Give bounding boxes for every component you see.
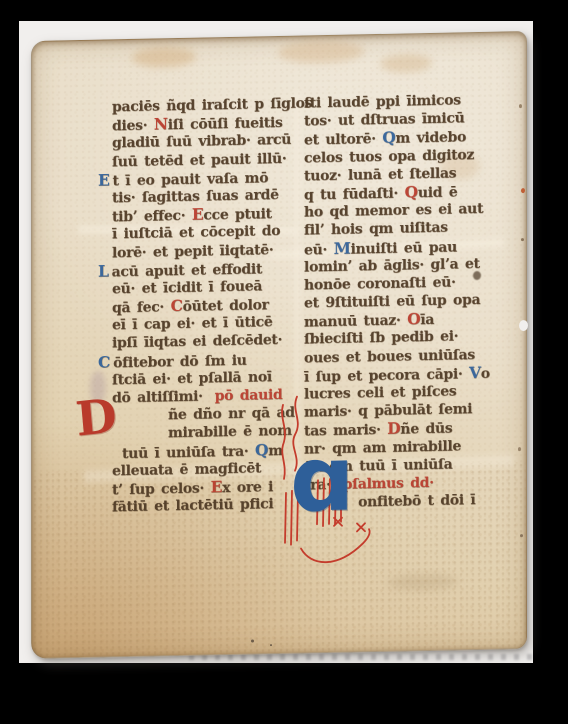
edge-speck (521, 238, 524, 241)
text-segment: q tu fūdaſti· (304, 185, 405, 203)
text-segment: eū· et īcidit ī foueā (112, 278, 262, 297)
initial-letter: Q (405, 182, 418, 201)
text-line: tuū ī uniūſa tra· Qm (112, 440, 308, 462)
text-segment: ñe dño nr qā ad (168, 405, 295, 424)
text-segment: dies· (112, 118, 154, 135)
text-segment: m (268, 442, 283, 458)
text-segment: maris· q pābulāt ſemi (304, 401, 472, 420)
text-segment: eū· (304, 241, 334, 258)
text-segment: uid ē (418, 184, 458, 201)
ink-speck (521, 188, 525, 193)
initial-letter: N (154, 114, 168, 133)
initial-letter: Q (255, 440, 268, 459)
text-segment: fil’ hois qm uiſitas (304, 220, 448, 239)
text-segment: onfitebō t dōi ī (358, 492, 475, 510)
text-segment: lomin’ ab āglis· gl’a et (304, 256, 480, 276)
initial-letter: E (211, 477, 223, 496)
ink-speck (251, 640, 254, 643)
text-segment: gladiū ſuū vibrab· arcū (112, 132, 291, 152)
initial-letter: Q (382, 128, 395, 147)
text-segment: dō altiſſimi· (112, 389, 203, 407)
manuscript-leaf: paciēs ñqd iraſcit p ſīglosdies· Niſi cō… (31, 31, 527, 659)
text-segment: ſuū tetēd et pauit illū· (112, 150, 286, 170)
text-segment: manuū tuaz· (304, 313, 407, 331)
initial-letter: C (98, 353, 110, 371)
edge-notch (519, 320, 528, 331)
text-segment: honōe coronaſti eū· (304, 274, 456, 293)
foxing-stain (388, 573, 458, 590)
text-segment: ī iuſtciā et cōcepit do (112, 223, 280, 242)
text-segment: tib’ effec· (112, 208, 192, 226)
text-segment: ſti laudē ppi īimicos (304, 92, 461, 111)
initial-letter: E (98, 171, 110, 189)
text-segment: eī ī cap ei· et ī ūticē (112, 314, 272, 333)
ink-speck (270, 644, 272, 646)
text-segment: x ore i (222, 479, 273, 496)
text-segment: īa (420, 312, 434, 328)
text-segment: pō dauid (215, 387, 283, 404)
text-segment: et ultorē· (304, 131, 382, 149)
foxing-stain (380, 54, 432, 73)
text-segment: mirabille ē nom (168, 423, 292, 441)
text-segment: ōūtet dolor (183, 297, 269, 315)
text-line: fātiū et lactētiū pfici (112, 495, 308, 517)
text-segment: tis· ſagittas ſuas ardē (112, 187, 279, 206)
text-segment: lorē· et pepit īiqtatē· (112, 242, 273, 261)
text-segment: ñe dūs (400, 421, 452, 438)
text-segment: ipſī īiqtas ei deſcēdet· (112, 332, 282, 351)
initial-letter: M (334, 238, 351, 257)
drop-cap-d: D (74, 393, 119, 444)
black-frame: paciēs ñqd iraſcit p ſīglosdies· Niſi cō… (0, 0, 568, 724)
text-segment: ſtciā ei· et pſallā noī (112, 369, 272, 388)
text-segment: qā fec· (112, 299, 171, 316)
initial-letter: V (469, 363, 481, 382)
photo-background: paciēs ñqd iraſcit p ſīglosdies· Niſi cō… (19, 21, 533, 663)
text-segment: tos· ut dſtruas īmicū (304, 110, 464, 129)
text-segment: ſbieciſti ſb pedib ei· (304, 329, 458, 348)
text-segment: lucres celi et piſces (304, 383, 456, 402)
text-segment: celos tuos opa digitoz (304, 147, 474, 166)
edge-speck (519, 104, 522, 108)
text-segment: et 9ſtituiſti eū ſup opa (304, 292, 480, 312)
initial-letter: D (387, 419, 400, 438)
text-segment: tuoz· lunā et ſtellas (304, 165, 456, 184)
text-column-left: paciēs ñqd iraſcit p ſīglosdies· Niſi cō… (112, 94, 308, 516)
text-segment: inuiſti eū pau (351, 239, 457, 257)
text-segment: m videbo (395, 130, 466, 147)
text-segment: oues et boues uniūſas (304, 347, 475, 366)
initial-letter: C (171, 296, 183, 315)
text-segment: ho qd memor es ei aut (304, 201, 483, 221)
text-segment: cce ptuit (203, 206, 271, 223)
initial-letter: L (98, 262, 109, 280)
foxing-stain (132, 47, 196, 68)
text-segment: o (481, 366, 490, 382)
initial-letter: E (192, 205, 204, 224)
drop-cap-c: ɑ (290, 434, 354, 525)
foxing-stain (278, 40, 364, 64)
text-segment: fātiū et lactētiū pfici (112, 496, 273, 515)
photo-edge-scallops (189, 654, 534, 660)
text-segment: t’ ſup celos· (112, 480, 211, 498)
initial-letter: O (407, 309, 420, 328)
edge-speck (518, 447, 521, 451)
text-segment: elleuata ē magficēt (112, 460, 261, 479)
text-segment: pſalmus dd· (343, 475, 434, 493)
edge-speck (520, 534, 523, 537)
